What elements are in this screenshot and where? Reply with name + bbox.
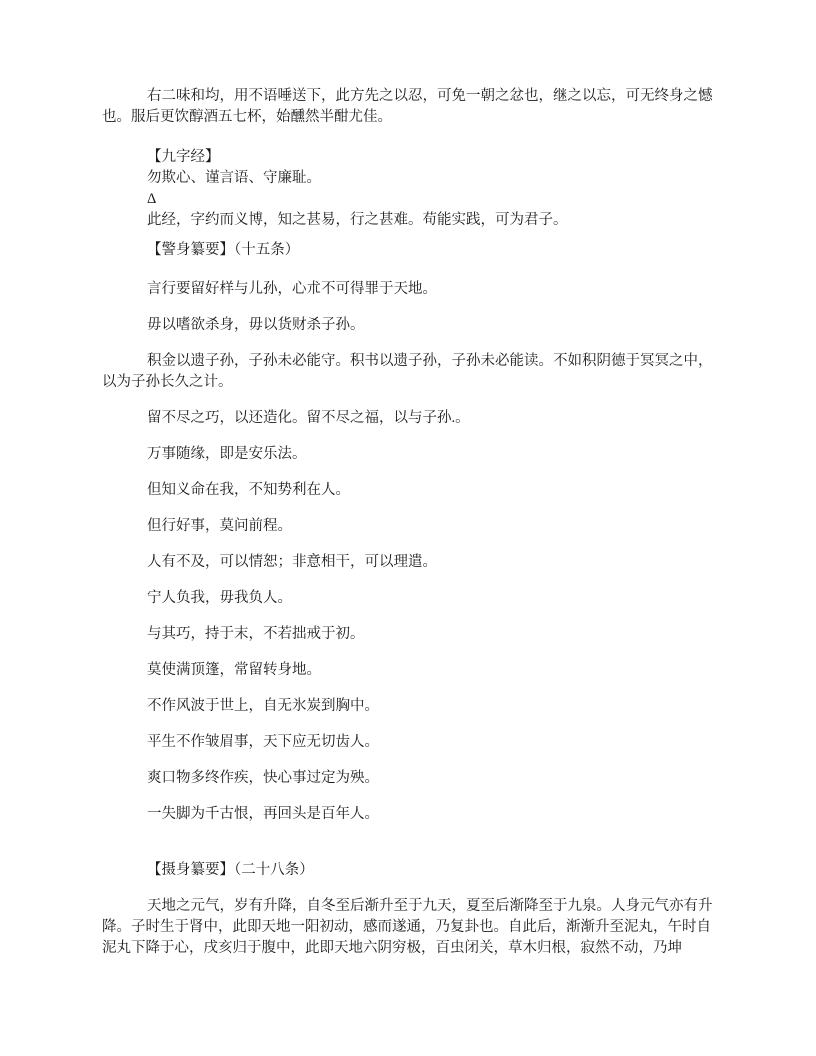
maxim-item-14: 爽口物多终作疾，快心事过定为殃。: [102, 768, 714, 789]
document-content: 右二味和均，用不语唾送下，此方先之以忍，可免一朝之忿也，继之以忘，可无终身之憾也…: [102, 86, 714, 959]
heading-sheshen-zuanyao: 【摄身纂要】（二十八条）: [102, 860, 714, 881]
maxim-item-4: 留不尽之巧，以还造化。留不尽之福，以与子孙.。: [102, 408, 714, 429]
maxim-item-10: 与其巧，持于末，不若拙戒于初。: [102, 624, 714, 645]
document-page: 右二味和均，用不语唾送下，此方先之以忍，可免一朝之忿也，继之以忘，可无终身之憾也…: [0, 0, 816, 1056]
heading-nine-character-classic: 【九字经】: [102, 147, 714, 168]
maxim-item-13: 平生不作皱眉事，天下应无切齿人。: [102, 732, 714, 753]
maxim-item-12: 不作风波于世上，自无氷炭到胸中。: [102, 696, 714, 717]
delta-marker: Δ: [102, 189, 714, 210]
heading-jingshen-zuanyao: 【警身纂要】（十五条）: [102, 240, 714, 261]
maxim-item-2: 毋以嗜欲杀身，毋以货财杀子孙。: [102, 315, 714, 336]
para-nine-character-text: 勿欺心、谨言语、守廉耻。: [102, 168, 714, 189]
maxim-item-8: 人有不及，可以情恕；非意相干，可以理遣。: [102, 552, 714, 573]
maxim-item-6: 但知义命在我，不知势利在人。: [102, 480, 714, 501]
maxim-item-5: 万事随缘，即是安乐法。: [102, 444, 714, 465]
para-sheshen-opening: 天地之元气，岁有升降，自冬至后渐升至于九天，夏至后渐降至于九泉。人身元气亦有升降…: [102, 896, 714, 959]
maxim-item-9: 宁人负我，毋我负人。: [102, 588, 714, 609]
maxim-item-7: 但行好事，莫问前程。: [102, 516, 714, 537]
maxim-item-11: 莫使满顶篷，常留转身地。: [102, 660, 714, 681]
maxim-item-15: 一失脚为千古恨，再回头是百年人。: [102, 804, 714, 825]
para-nine-character-commentary: 此经，字约而义博，知之甚易，行之甚难。苟能实践，可为君子。: [102, 210, 714, 231]
maxim-item-1: 言行要留好样与儿孙，心朮不可得罪于天地。: [102, 279, 714, 300]
para-prescription-usage: 右二味和均，用不语唾送下，此方先之以忍，可免一朝之忿也，继之以忘，可无终身之憾也…: [102, 86, 714, 128]
maxim-item-3: 积金以遗子孙，子孙未必能守。积书以遗子孙，子孙未必能读。不如积阴德于冥冥之中，以…: [102, 351, 714, 393]
